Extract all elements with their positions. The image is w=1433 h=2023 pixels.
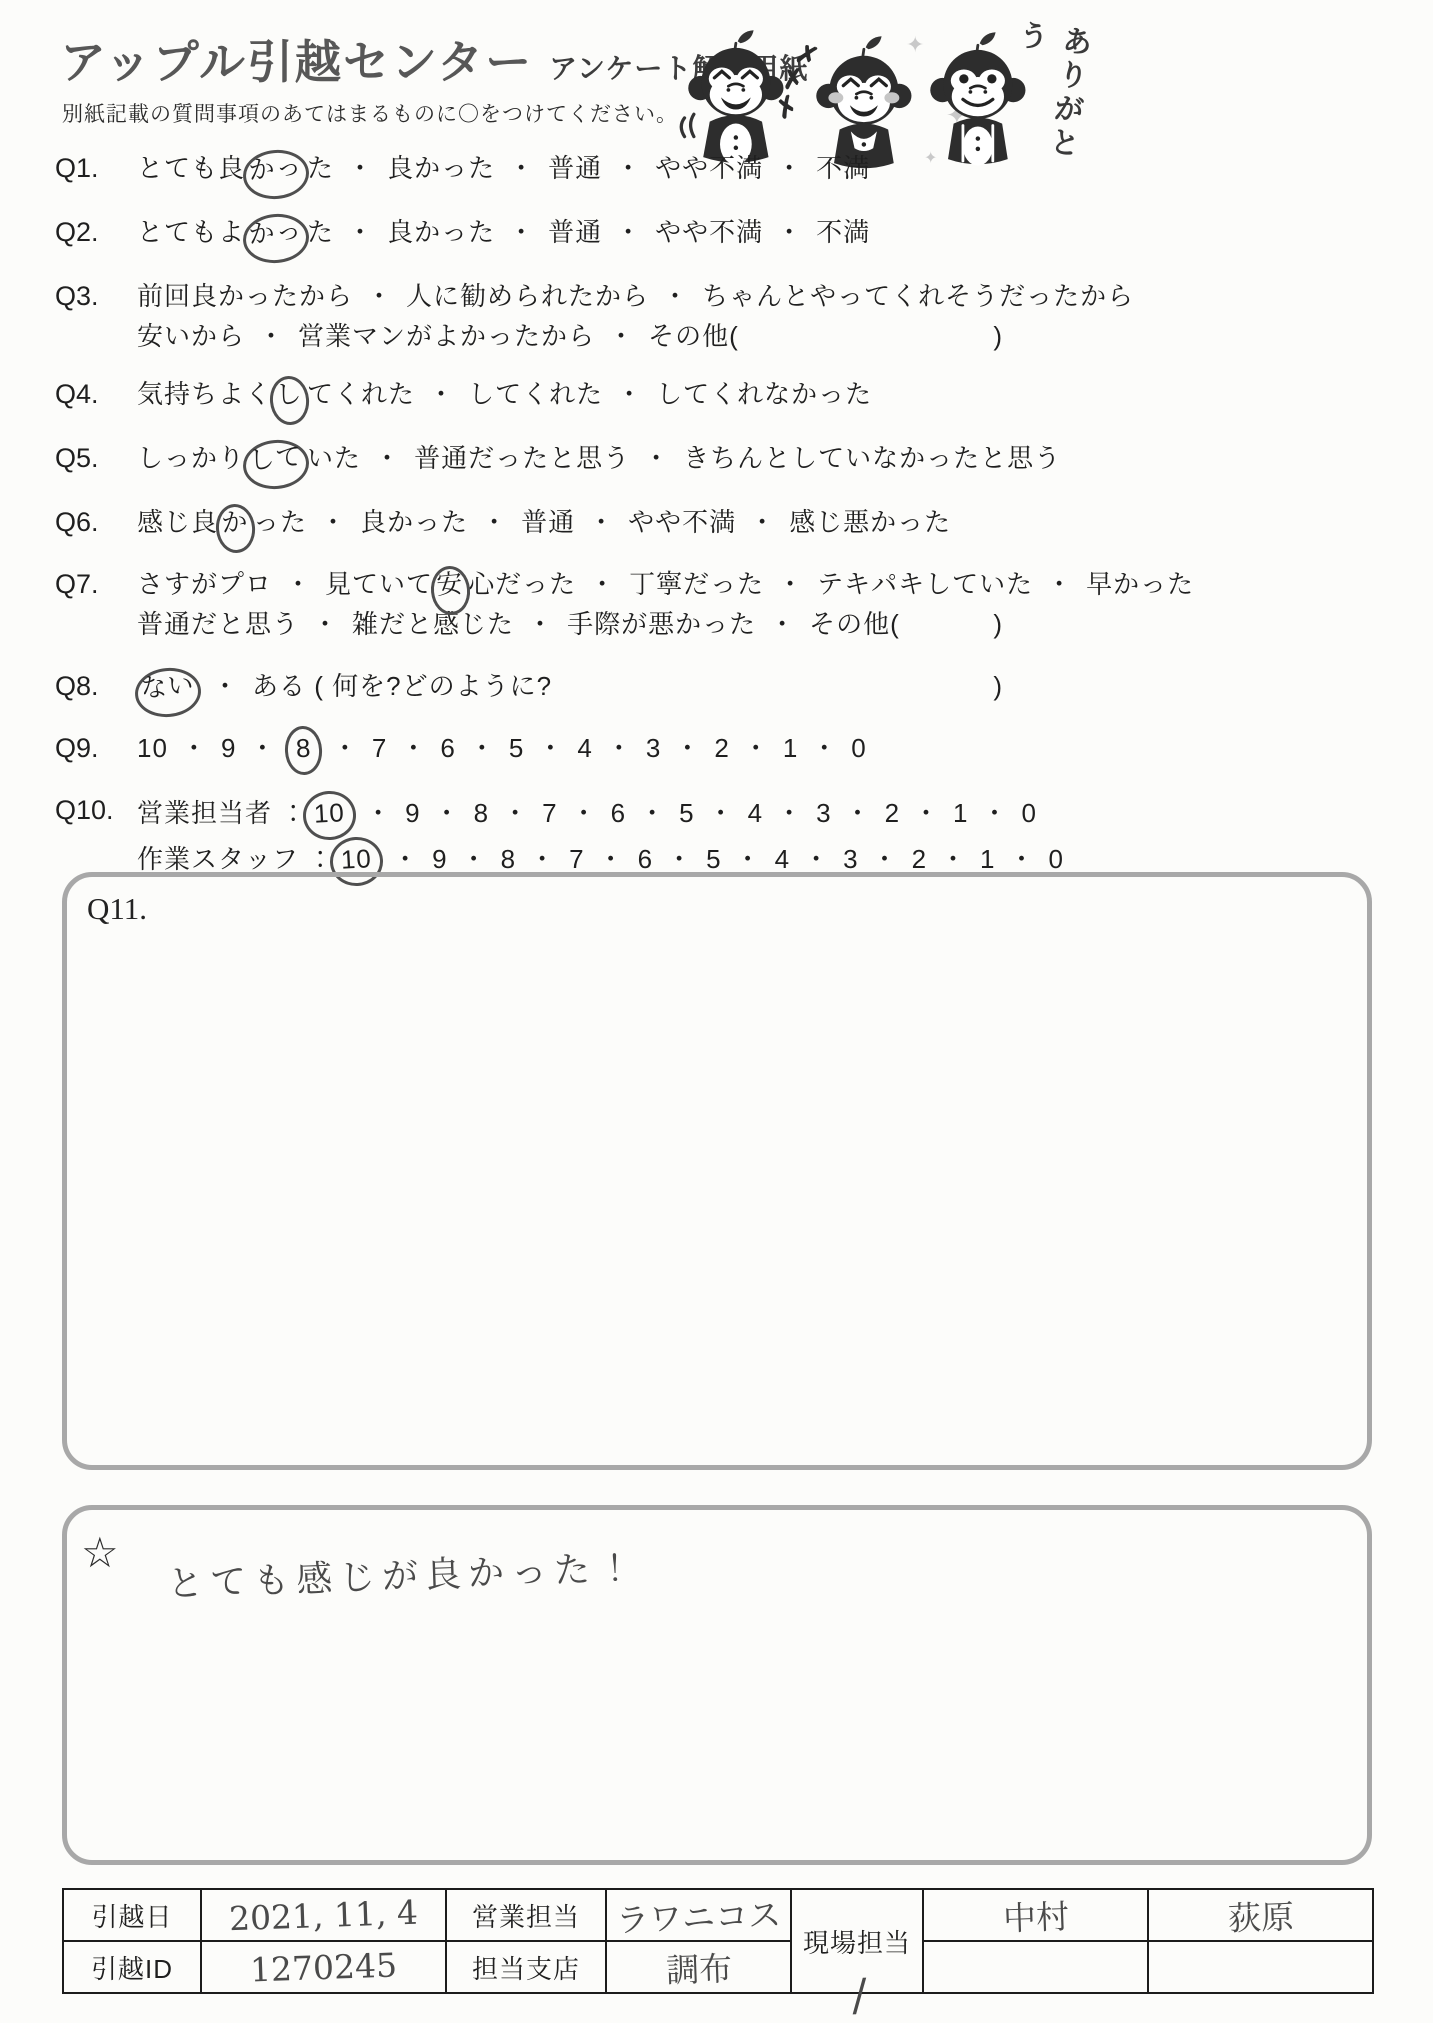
value-move-date: 2021, 11, 4 [201, 1889, 446, 1941]
option-text: 心だった [468, 569, 576, 599]
separator-dot: ・ [790, 844, 843, 874]
option-text: 0 [851, 733, 866, 763]
option-text: 手際が悪かった [567, 604, 756, 644]
option-text: 8 [501, 844, 516, 874]
option-text: 不満 [816, 153, 870, 183]
label-branch: 担当支店 [446, 1941, 606, 1993]
handwritten-answer-circle: し [268, 374, 311, 426]
option-text: 8 [474, 798, 489, 828]
option-text: 7 [569, 844, 584, 874]
question-lines: 前回良かったから・人に勧められたから・ちゃんとやってくれそうだったから安いから・… [137, 276, 1134, 356]
separator-dot: ・ [495, 217, 548, 247]
separator-dot: ・ [334, 153, 387, 183]
separator-dot: ・ [722, 844, 775, 874]
option-text: 9 [221, 733, 236, 763]
question-lines: しっかりしていた・普通だったと思う・きちんとしていなかったと思う [137, 438, 1061, 478]
option-text: 良かった [387, 153, 495, 183]
option-text: 9 [405, 798, 420, 828]
footer-table: 引越日2021, 11, 4営業担当ラワニコス現場担当/中村荻原引越ID1270… [62, 1888, 1374, 1994]
option-text: とても良 [137, 153, 245, 183]
question-row: Q5.しっかりしていた・普通だったと思う・きちんとしていなかったと思う [55, 438, 1061, 478]
separator-dot: ・ [514, 604, 567, 644]
option-text: 丁寧だった [629, 569, 764, 599]
handwritten-answer-circle: かっ [241, 147, 311, 201]
separator-dot: ・ [236, 733, 289, 763]
option-text: 4 [577, 733, 592, 763]
separator-dot: ・ [595, 316, 648, 356]
separator-dot: ・ [695, 798, 748, 828]
option-text: 1 [783, 733, 798, 763]
value-site-staff-1: 中村 [923, 1889, 1148, 1941]
separator-dot: ・ [575, 507, 628, 537]
separator-dot: ・ [1033, 569, 1086, 599]
question-lines: 10・9・8・7・6・5・4・3・2・1・0 [137, 728, 867, 768]
option-text: 雑だと感じた [352, 604, 514, 644]
option-text: 5 [679, 798, 694, 828]
option-text: 普通 [548, 153, 602, 183]
stray-pen-stroke: / [851, 1974, 868, 2019]
separator-dot: ・ [516, 844, 569, 874]
separator-dot: ・ [379, 844, 432, 874]
option-text: 普通だと思う [137, 604, 299, 644]
option-text: 営業マンがよかったから [298, 316, 595, 356]
star-icon: ☆ [81, 1528, 119, 1577]
question-id: Q8. [55, 666, 137, 706]
separator-dot: ・ [763, 153, 816, 183]
option-text: 2 [912, 844, 927, 874]
handwritten-value: 中村 [1002, 1890, 1070, 1939]
handwritten-value: ラワニコス [615, 1889, 782, 1942]
option-text: しっかり [137, 443, 245, 473]
handwritten-value: 2021, 11, 4 [228, 1892, 418, 1938]
option-text: 良かった [387, 217, 495, 247]
separator-dot: ・ [756, 604, 809, 644]
question-row: Q3.前回良かったから・人に勧められたから・ちゃんとやってくれそうだったから安い… [55, 276, 1134, 356]
move-info-table: 引越日2021, 11, 4営業担当ラワニコス現場担当/中村荻原引越ID1270… [62, 1888, 1374, 1994]
value-site-staff-2: 荻原 [1148, 1889, 1373, 1941]
option-text: 前回良かったから [137, 281, 353, 311]
question-id: Q6. [55, 502, 137, 542]
option-text: 普通 [548, 217, 602, 247]
separator-dot: ・ [730, 733, 783, 763]
handwritten-answer-circle: かっ [241, 211, 311, 265]
separator-dot: ・ [927, 844, 980, 874]
option-text: やや不満 [628, 507, 736, 537]
separator-dot: ・ [361, 443, 414, 473]
handwritten-value: 荻原 [1227, 1890, 1295, 1939]
value-empty [1148, 1941, 1373, 1993]
separator-dot: ・ [626, 798, 679, 828]
separator-dot: ・ [996, 844, 1049, 874]
separator-dot: ・ [168, 733, 221, 763]
separator-dot: ・ [468, 507, 521, 537]
option-text: 3 [843, 844, 858, 874]
option-text: ) [993, 316, 1003, 356]
option-text: 6 [440, 733, 455, 763]
option-text: ) [993, 666, 1003, 706]
option-text: ある ( 何を?どのように? [252, 666, 552, 706]
question-row: Q7.さすがプロ・見ていて安心だった・丁寧だった・テキパキしていた・早かった普通… [55, 564, 1194, 644]
question-line: しっかりしていた・普通だったと思う・きちんとしていなかったと思う [137, 438, 1061, 478]
option-text: とてもよ [137, 217, 245, 247]
question-line: 安いから・営業マンがよかったから・その他() [137, 316, 1003, 356]
question-line: 10・9・8・7・6・5・4・3・2・1・0 [137, 728, 867, 768]
question-line: 感じ良かった・良かった・普通・やや不満・感じ悪かった [137, 502, 951, 542]
option-text: 3 [816, 798, 831, 828]
handwritten-answer-circle: 10 [302, 790, 357, 841]
question-lines: とてもよかった・良かった・普通・やや不満・不満 [137, 212, 870, 252]
option-text: 早かった [1086, 569, 1194, 599]
handwritten-comment: とても感じが良かった！ [166, 1540, 641, 1607]
separator-dot: ・ [558, 798, 611, 828]
option-text: 良かった [360, 507, 468, 537]
option-text: 作業スタッフ ： [137, 844, 334, 874]
separator-dot: ・ [448, 844, 501, 874]
separator-dot: ・ [649, 281, 702, 311]
questions: Q1.とても良かった・良かった・普通・やや不満・不満Q2.とてもよかった・良かっ… [0, 0, 1433, 900]
separator-dot: ・ [832, 798, 885, 828]
separator-dot: ・ [859, 844, 912, 874]
separator-dot: ・ [272, 569, 325, 599]
handwritten-answer-circle: ない [133, 665, 203, 719]
label-sales-rep: 営業担当 [446, 1889, 606, 1941]
question-lines: ない・ある ( 何を?どのように?) [137, 666, 1003, 706]
option-text: 2 [885, 798, 900, 828]
separator-dot: ・ [456, 733, 509, 763]
q11-answer-box: Q11. [62, 872, 1372, 1470]
option-text: ) [993, 604, 1003, 644]
option-text: 9 [432, 844, 447, 874]
option-text: 2 [714, 733, 729, 763]
option-text: 感じ悪かった [789, 507, 951, 537]
option-text: してくれた [468, 379, 603, 409]
question-id: Q5. [55, 438, 137, 478]
question-line: 営業担当者 ：10・9・8・7・6・5・4・3・2・1・0 [137, 790, 1064, 836]
option-text: やや不満 [655, 153, 763, 183]
separator-dot: ・ [585, 844, 638, 874]
question-row: Q10.営業担当者 ：10・9・8・7・6・5・4・3・2・1・0作業スタッフ … [55, 790, 1064, 882]
option-text: 気持ちよく [137, 379, 272, 409]
question-id: Q10. [55, 790, 137, 830]
option-text: きちんとしていなかったと思う [683, 443, 1061, 473]
question-id: Q1. [55, 148, 137, 188]
question-row: Q2.とてもよかった・良かった・普通・やや不満・不満 [55, 212, 870, 252]
option-text: いた [307, 443, 361, 473]
option-text: 3 [646, 733, 661, 763]
separator-dot: ・ [900, 798, 953, 828]
separator-dot: ・ [524, 733, 577, 763]
option-text: 4 [775, 844, 790, 874]
label-move-date: 引越日 [63, 1889, 201, 1941]
separator-dot: ・ [969, 798, 1022, 828]
option-text: 4 [748, 798, 763, 828]
question-id: Q3. [55, 276, 137, 316]
question-id: Q2. [55, 212, 137, 252]
option-text: その他( [809, 604, 900, 644]
option-text: 普通だったと思う [414, 443, 630, 473]
question-lines: 営業担当者 ：10・9・8・7・6・5・4・3・2・1・0作業スタッフ ：10・… [137, 790, 1064, 882]
option-text: その他( [648, 316, 739, 356]
separator-dot: ・ [353, 281, 406, 311]
separator-dot: ・ [603, 379, 656, 409]
question-lines: さすがプロ・見ていて安心だった・丁寧だった・テキパキしていた・早かった普通だと思… [137, 564, 1194, 644]
option-text: 人に勧められたから [406, 281, 649, 311]
question-id: Q7. [55, 564, 137, 604]
question-lines: 気持ちよくしてくれた・してくれた・してくれなかった [137, 374, 872, 414]
question-id: Q4. [55, 374, 137, 414]
option-text: さすがプロ [137, 569, 272, 599]
separator-dot: ・ [661, 733, 714, 763]
survey-sheet: アップル引越センターアンケート解答用紙 別紙記載の質問事項のあてはまるものに〇を… [0, 0, 1433, 2023]
option-text: 不満 [816, 217, 870, 247]
q11-label: Q11. [87, 891, 1367, 927]
option-text: 感じ良 [137, 507, 218, 537]
separator-dot: ・ [764, 569, 817, 599]
question-row: Q9.10・9・8・7・6・5・4・3・2・1・0 [55, 728, 867, 768]
option-text: 6 [611, 798, 626, 828]
separator-dot: ・ [319, 733, 372, 763]
option-text: 1 [953, 798, 968, 828]
option-text: 5 [706, 844, 721, 874]
handwritten-answer-circle: か [214, 502, 257, 554]
option-text: た [307, 153, 334, 183]
separator-dot: ・ [602, 153, 655, 183]
table-row: 引越ID1270245担当支店調布 [63, 1941, 1373, 1993]
separator-dot: ・ [736, 507, 789, 537]
handwritten-value: 1270245 [249, 1945, 397, 1989]
separator-dot: ・ [630, 443, 683, 473]
option-text: してくれなかった [656, 379, 872, 409]
separator-dot: ・ [299, 604, 352, 644]
option-text: 7 [542, 798, 557, 828]
value-branch: 調布 [606, 1941, 791, 1993]
option-text: 営業担当者 ： [137, 798, 307, 828]
option-text: 1 [980, 844, 995, 874]
question-line: 前回良かったから・人に勧められたから・ちゃんとやってくれそうだったから [137, 276, 1134, 316]
separator-dot: ・ [489, 798, 542, 828]
question-row: Q1.とても良かった・良かった・普通・やや不満・不満 [55, 148, 870, 188]
value-sales-rep: ラワニコス [606, 1889, 791, 1941]
question-line: とてもよかった・良かった・普通・やや不満・不満 [137, 212, 870, 252]
label-move-id: 引越ID [63, 1941, 201, 1993]
option-text: 0 [1022, 798, 1037, 828]
question-line: ない・ある ( 何を?どのように?) [137, 666, 1003, 706]
option-text: 普通 [521, 507, 575, 537]
separator-dot: ・ [495, 153, 548, 183]
handwritten-value: 調布 [665, 1942, 733, 1991]
comment-box: ☆ とても感じが良かった！ [62, 1505, 1372, 1865]
separator-dot: ・ [387, 733, 440, 763]
option-text: 見ていて [325, 569, 433, 599]
option-text: 6 [638, 844, 653, 874]
option-text: テキパキしていた [817, 569, 1033, 599]
question-row: Q4.気持ちよくしてくれた・してくれた・してくれなかった [55, 374, 872, 414]
separator-dot: ・ [421, 798, 474, 828]
separator-dot: ・ [307, 507, 360, 537]
question-row: Q8.ない・ある ( 何を?どのように?) [55, 666, 1003, 706]
separator-dot: ・ [576, 569, 629, 599]
question-line: 普通だと思う・雑だと感じた・手際が悪かった・その他() [137, 604, 1003, 644]
question-line: さすがプロ・見ていて安心だった・丁寧だった・テキパキしていた・早かった [137, 564, 1194, 604]
separator-dot: ・ [593, 733, 646, 763]
question-lines: とても良かった・良かった・普通・やや不満・不満 [137, 148, 870, 188]
question-line: とても良かった・良かった・普通・やや不満・不満 [137, 148, 870, 188]
label-site-staff: 現場担当/ [791, 1889, 923, 1993]
option-text: た [307, 217, 334, 247]
question-row: Q6.感じ良かった・良かった・普通・やや不満・感じ悪かった [55, 502, 951, 542]
separator-dot: ・ [653, 844, 706, 874]
question-id: Q9. [55, 728, 137, 768]
separator-dot: ・ [334, 217, 387, 247]
option-text: てくれた [307, 379, 415, 409]
question-lines: 感じ良かった・良かった・普通・やや不満・感じ悪かった [137, 502, 951, 542]
option-text: 0 [1049, 844, 1064, 874]
separator-dot: ・ [245, 316, 298, 356]
option-text: 10 [137, 733, 168, 763]
question-line: 気持ちよくしてくれた・してくれた・してくれなかった [137, 374, 872, 414]
separator-dot: ・ [763, 798, 816, 828]
table-row: 引越日2021, 11, 4営業担当ラワニコス現場担当/中村荻原 [63, 1889, 1373, 1941]
option-text: 安いから [137, 316, 245, 356]
option-text: ちゃんとやってくれそうだったから [702, 281, 1134, 311]
value-move-id: 1270245 [201, 1941, 446, 1993]
option-text: った [253, 507, 307, 537]
option-text: 7 [372, 733, 387, 763]
separator-dot: ・ [415, 379, 468, 409]
separator-dot: ・ [199, 666, 252, 706]
separator-dot: ・ [763, 217, 816, 247]
separator-dot: ・ [602, 217, 655, 247]
value-empty [923, 1941, 1148, 1993]
separator-dot: ・ [352, 798, 405, 828]
handwritten-answer-circle: して [241, 437, 311, 491]
separator-dot: ・ [798, 733, 851, 763]
option-text: やや不満 [655, 217, 763, 247]
option-text: 5 [509, 733, 524, 763]
